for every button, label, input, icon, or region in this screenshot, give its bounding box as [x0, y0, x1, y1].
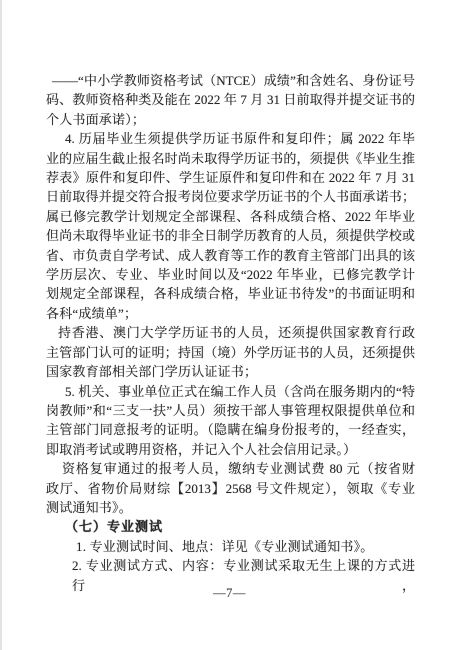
text-line: 日前取得并提交符合报考岗位要求学历证书的个人书面承诺书；: [46, 187, 415, 206]
text-line: 资格复审通过的报考人员，缴纳专业测试费 80 元（按省财: [46, 459, 415, 478]
text-line: 但尚未取得毕业证书的非全日制学历教育的人员，须提供学校或: [46, 226, 415, 245]
text-line: 学历层次、专业、毕业时间以及“2022 年毕业，已修完教学计: [46, 265, 415, 284]
document-text: ——“中小学教师资格考试（NTCE）成绩”和含姓名、身份证号码、教师资格种类及能…: [46, 71, 415, 576]
scan-edge-artifact: [0, 0, 2, 650]
text-line: 划规定全部课程，各科成绩合格，毕业证书待发”的书面证明和: [46, 284, 415, 303]
text-line: （七）专业测试: [46, 517, 415, 536]
text-line: 1. 专业测试时间、地点：详见《专业测试通知书》。: [46, 537, 415, 556]
text-line: 岗教师”和“三支一扶”人员）须按干部人事管理权限提供单位和: [46, 401, 415, 420]
text-line: ——“中小学教师资格考试（NTCE）成绩”和含姓名、身份证号: [46, 71, 415, 90]
text-line: 省、市负责自学考试、成人教育等工作的教育主管部门出具的该: [46, 246, 415, 265]
text-line: 持香港、澳门大学学历证书的人员，还须提供国家教育行政: [46, 323, 415, 342]
text-line: 4. 历届毕业生须提供学历证书原件和复印件；属 2022 年毕: [46, 129, 415, 148]
text-line: 5. 机关、事业单位正式在编工作人员（含尚在服务期内的“特: [46, 382, 415, 401]
text-line: 2. 专业测试方式、内容：专业测试采取无生上课的方式进行，: [46, 556, 415, 575]
text-line: 各科“成绩单”；: [46, 304, 415, 323]
text-line: 码、教师资格种类及能在 2022 年 7 月 31 日前取得并提交证书的: [46, 90, 415, 109]
document-page: ——“中小学教师资格考试（NTCE）成绩”和含姓名、身份证号码、教师资格种类及能…: [0, 0, 459, 650]
text-line: 荐表》原件和复印件、学生证原件和复印件和在 2022 年 7 月 31: [46, 168, 415, 187]
text-line: 属已修完教学计划规定全部课程、各科成绩合格、2022 年毕业: [46, 207, 415, 226]
text-line: 主管部门同意报考的证明。（隐瞒在编身份报考的，一经查实，: [46, 420, 415, 439]
text-line: 政厅、省物价局财综【2013】2568 号文件规定），领取《专业: [46, 479, 415, 498]
text-line: 国家教育部相关部门学历认证证书；: [46, 362, 415, 381]
text-line: 主管部门认可的证明；持国（境）外学历证书的人员，还须提供: [46, 343, 415, 362]
page-number: —7—: [0, 586, 459, 601]
text-line: 个人书面承诺）；: [46, 110, 415, 129]
text-line: 测试通知书》。: [46, 498, 415, 517]
text-line: 即取消考试或聘用资格，并记入个人社会信用记录。）: [46, 440, 415, 459]
text-line: 业的应届生截止报名时尚未取得学历证书的，须提供《毕业生推: [46, 149, 415, 168]
